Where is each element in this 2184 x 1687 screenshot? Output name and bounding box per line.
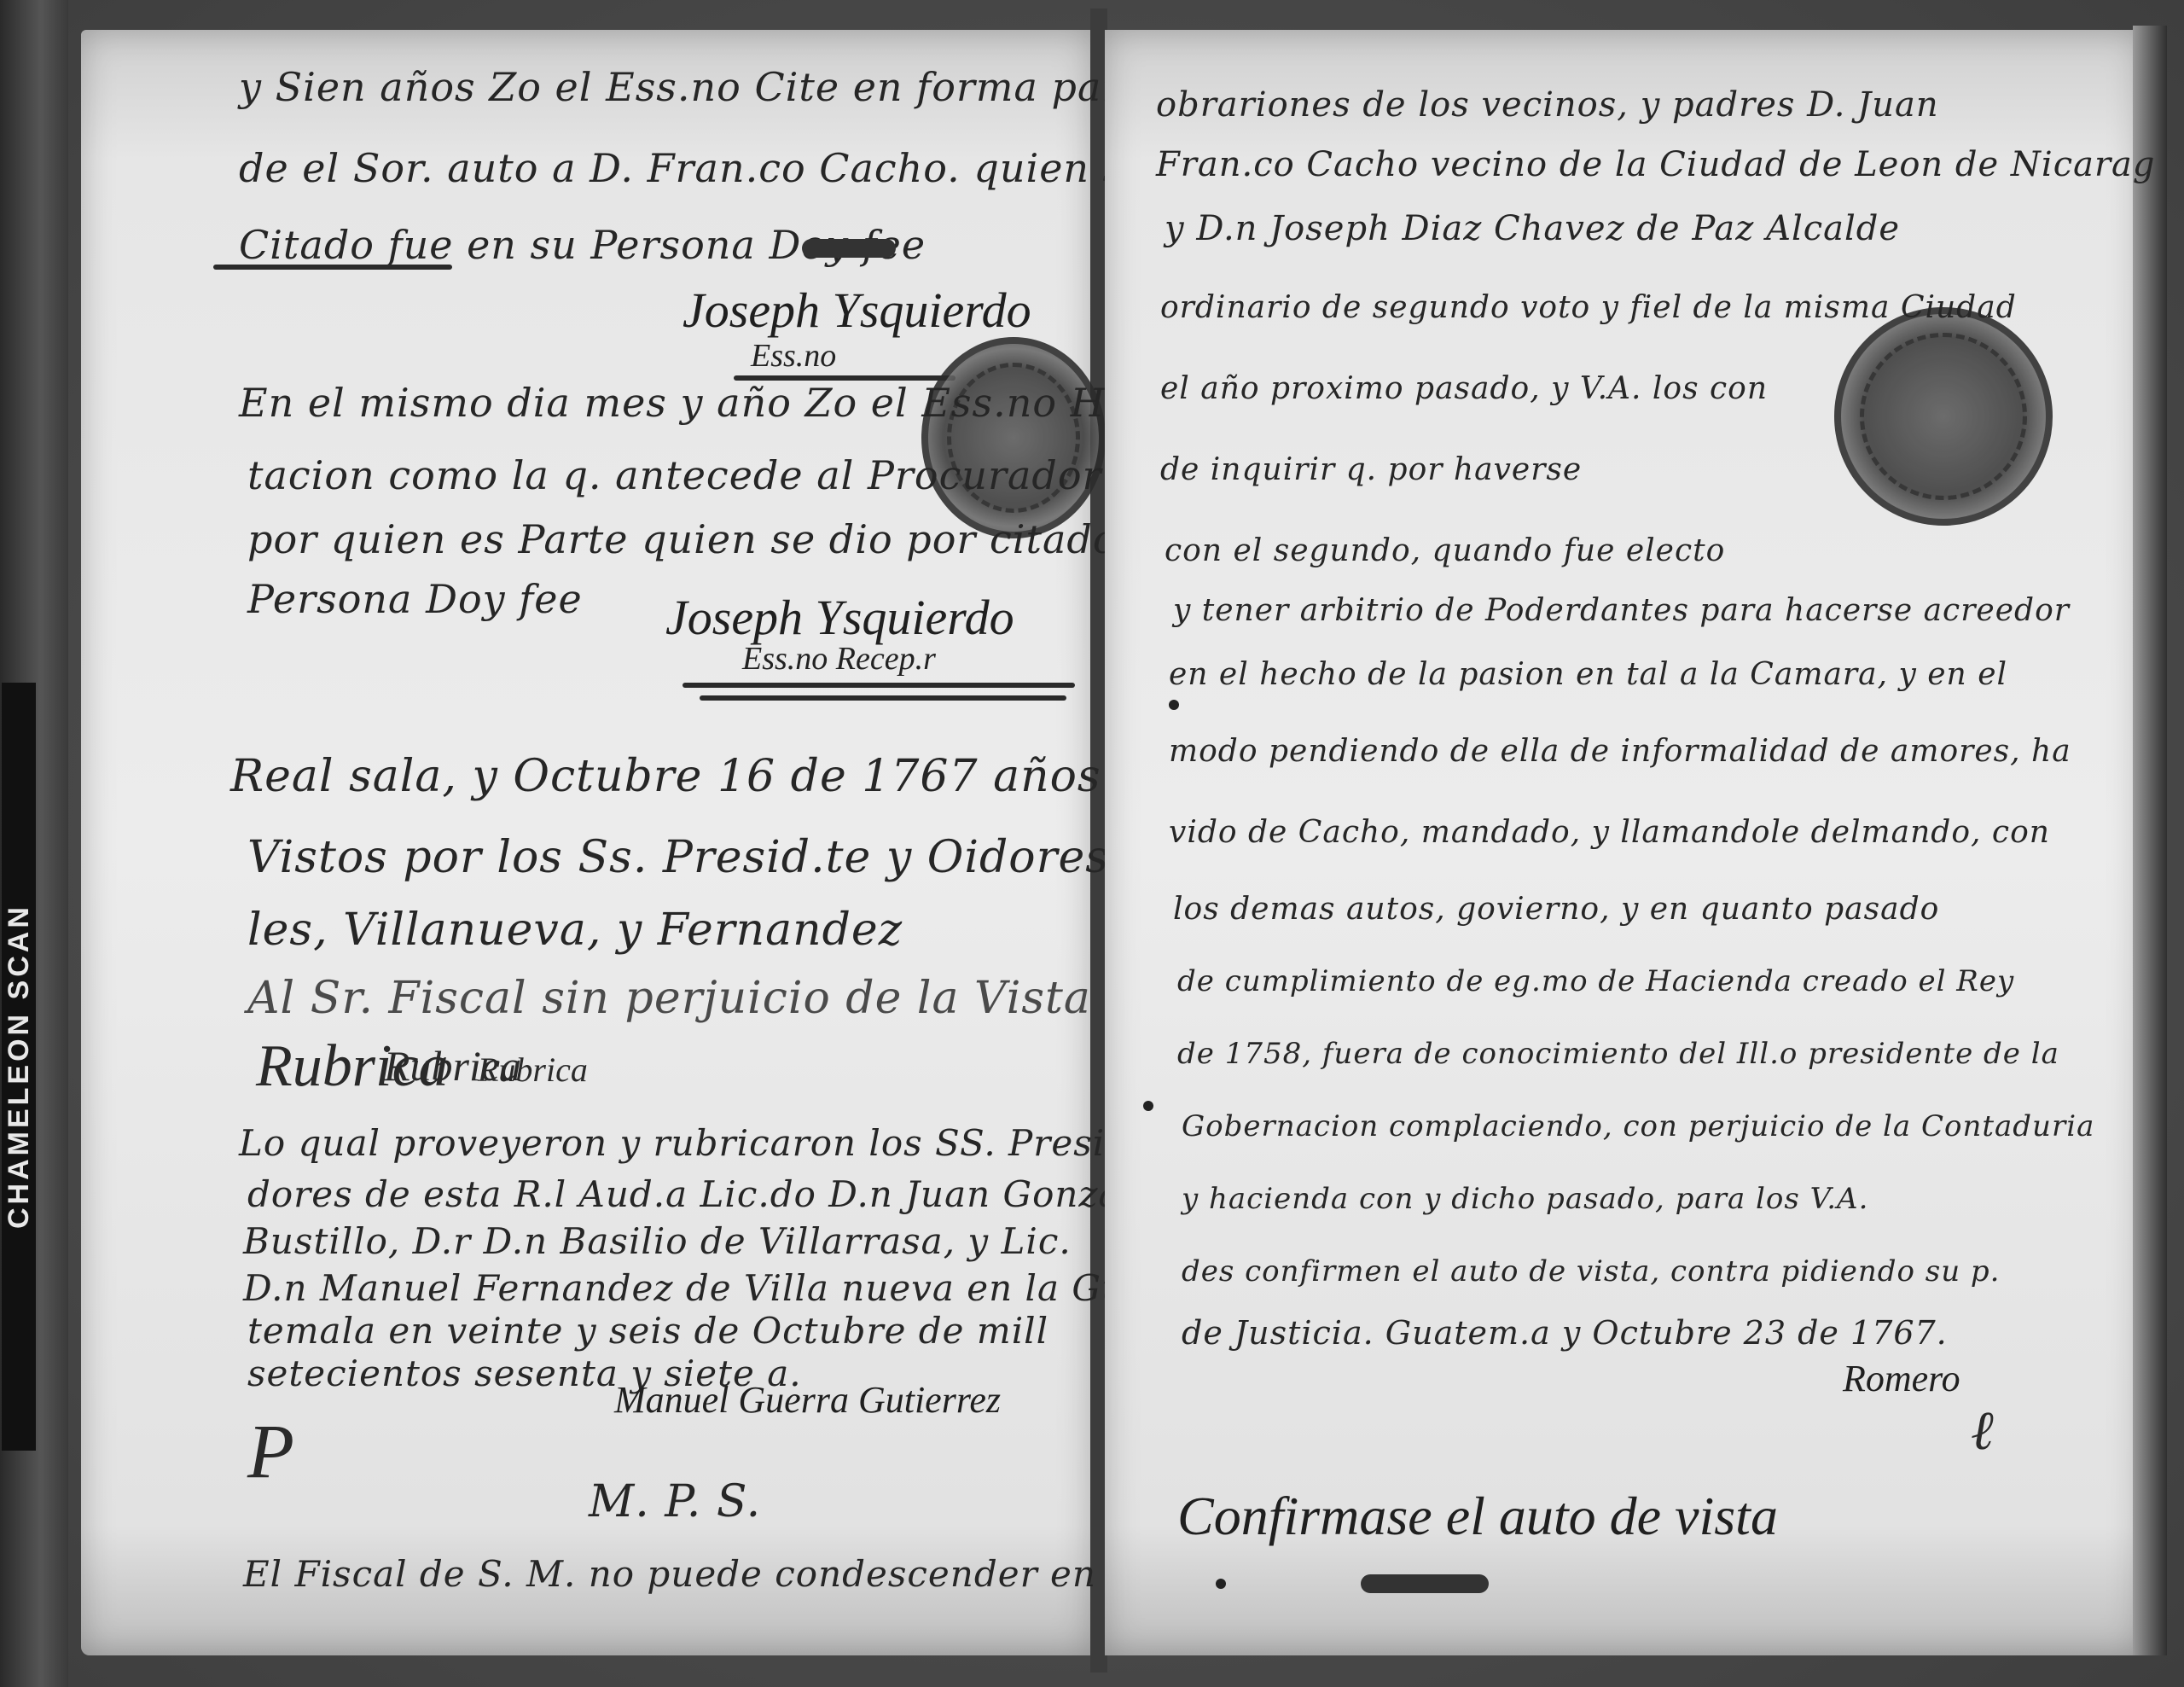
right-line-6: de inquirir q. por haverse: [1160, 452, 1582, 487]
right-line-18-date: de Justicia. Guatem.a y Octubre 23 de 17…: [1182, 1314, 1948, 1352]
signature-rule: [682, 683, 1075, 688]
left-line-1: y Sien años Zo el Ess.no Cite en forma p…: [239, 64, 1252, 110]
rubric-3: Rubrica: [478, 1050, 588, 1090]
flourish: [802, 239, 896, 258]
final-flourish: [1361, 1574, 1489, 1593]
ink-dot: [1169, 700, 1179, 710]
right-line-7: con el segundo, quando fue electo: [1165, 533, 1725, 568]
right-line-3: y D.n Joseph Diaz Chavez de Paz Alcalde: [1165, 209, 1900, 248]
book-binding: CHAMELEON SCAN: [0, 0, 68, 1687]
pronouncement-line-4: D.n Manuel Fernandez de Villa nueva en l…: [243, 1267, 1147, 1309]
right-line-4: ordinario de segundo voto y fiel de la m…: [1160, 290, 2017, 325]
decree-line-3: les, Villanueva, y Fernandez: [247, 905, 903, 956]
right-line-17: des confirmen el auto de vista, contra p…: [1182, 1254, 2000, 1289]
rubric-p: P: [247, 1408, 294, 1496]
right-line-12: los demas autos, govierno, y en quanto p…: [1173, 892, 1939, 927]
right-line-10: modo pendiendo de ella de informalidad d…: [1169, 734, 2071, 769]
final-decree: Confirmase el auto de vista: [1177, 1485, 1778, 1548]
ink-dot: [1143, 1101, 1153, 1111]
wax-seal-left: [921, 337, 1106, 538]
right-line-15: Gobernacion complaciendo, con perjuicio …: [1182, 1109, 2094, 1143]
fiscal-heading: M. P. S.: [589, 1476, 761, 1527]
right-line-2: Fran.co Cacho vecino de la Ciudad de Leo…: [1156, 145, 2156, 184]
right-line-11: vido de Cacho, mandado, y llamandole del…: [1169, 815, 2050, 850]
pronouncement-line-2: dores de esta R.l Aud.a Lic.do D.n Juan …: [247, 1173, 1175, 1215]
signature-ysquierdo-1: Joseph Ysquierdo: [682, 282, 1031, 339]
page-edge: [2133, 26, 2167, 1655]
left-para2-line-4: Persona Doy fee: [247, 576, 583, 622]
right-line-1: obrariones de los vecinos, y padres D. J…: [1156, 85, 1939, 125]
underline: [213, 265, 452, 270]
right-line-13: de cumplimiento de eg.mo de Hacienda cre…: [1177, 964, 2014, 998]
signature-guerra: Manuel Guerra Gutierrez: [614, 1378, 1001, 1422]
rubric-romero: ℓ: [1971, 1399, 1994, 1463]
signature-rule: [700, 695, 1066, 701]
decree-date: Real sala, y Octubre 16 de 1767 años: [230, 751, 1101, 802]
signature-title-2: Ess.no Recep.r: [742, 640, 936, 678]
pronouncement-line-5: temala en veinte y seis de Octubre de mi…: [247, 1310, 1048, 1352]
ink-dot: [1216, 1579, 1226, 1589]
signature-ysquierdo-2: Joseph Ysquierdo: [665, 589, 1014, 646]
signature-title-1: Ess.no: [751, 337, 836, 375]
right-line-5: el año proximo pasado, y V.A. los con: [1160, 371, 1768, 406]
wax-seal-right: [1834, 307, 2053, 526]
signature-romero: Romero: [1843, 1357, 1960, 1400]
pronouncement-line-3: Bustillo, D.r D.n Basilio de Villarrasa,…: [243, 1220, 1072, 1262]
right-line-8: y tener arbitrio de Poderdantes para hac…: [1173, 593, 2070, 628]
binding-label: CHAMELEON SCAN: [2, 683, 36, 1451]
right-line-9: en el hecho de la pasion en tal a la Cam…: [1169, 657, 2007, 692]
right-line-16: y hacienda con y dicho pasado, para los …: [1182, 1182, 1868, 1216]
right-line-14: de 1758, fuera de conocimiento del Ill.o…: [1177, 1037, 2059, 1071]
decree-line-4: Al Sr. Fiscal sin perjuicio de la Vista: [247, 973, 1091, 1024]
fiscal-note: El Fiscal de S. M. no puede condescender…: [243, 1553, 1143, 1595]
